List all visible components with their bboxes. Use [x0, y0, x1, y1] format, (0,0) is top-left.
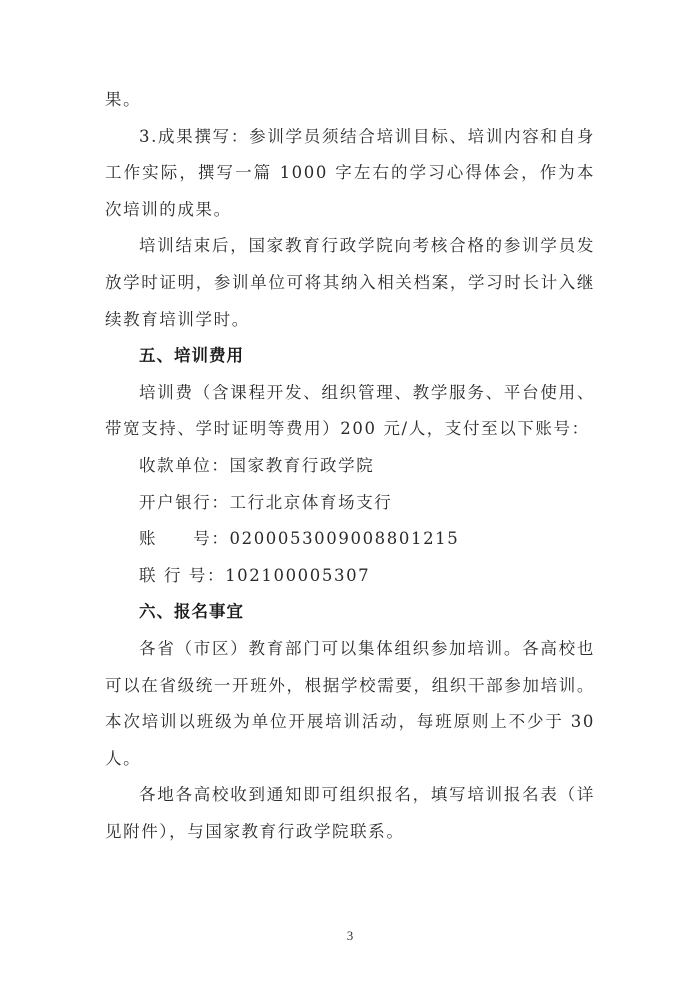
- paragraph-outcome-writing: 3.成果撰写：参训学员须结合培训目标、培训内容和自身工作实际，撰写一篇 1000…: [105, 119, 595, 229]
- section-heading-registration: 六、报名事宜: [105, 594, 595, 631]
- paragraph-registration-organization: 各省（市区）教育部门可以集体组织参加培训。各高校也可以在省级统一开班外，根据学校…: [105, 631, 595, 777]
- paragraph-certificate: 培训结束后，国家教育行政学院向考核合格的参训学员发放学时证明，参训单位可将其纳入…: [105, 228, 595, 338]
- field-payee: 收款单位：国家教育行政学院: [105, 448, 595, 485]
- paragraph-continuation: 果。: [105, 82, 595, 119]
- page-number: 3: [0, 928, 700, 944]
- document-page: 果。 3.成果撰写：参训学员须结合培训目标、培训内容和自身工作实际，撰写一篇 1…: [0, 0, 700, 999]
- field-account-number: 账 号：0200053009008801215: [105, 521, 595, 558]
- paragraph-registration-contact: 各地各高校收到通知即可组织报名，填写培训报名表（详见附件），与国家教育行政学院联…: [105, 777, 595, 850]
- document-body: 果。 3.成果撰写：参训学员须结合培训目标、培训内容和自身工作实际，撰写一篇 1…: [105, 82, 595, 850]
- paragraph-fee-description: 培训费（含课程开发、组织管理、教学服务、平台使用、带宽支持、学时证明等费用）20…: [105, 375, 595, 448]
- section-heading-fees: 五、培训费用: [105, 338, 595, 375]
- field-bank-code: 联 行 号：102100005307: [105, 558, 595, 595]
- field-bank: 开户银行：工行北京体育场支行: [105, 485, 595, 522]
